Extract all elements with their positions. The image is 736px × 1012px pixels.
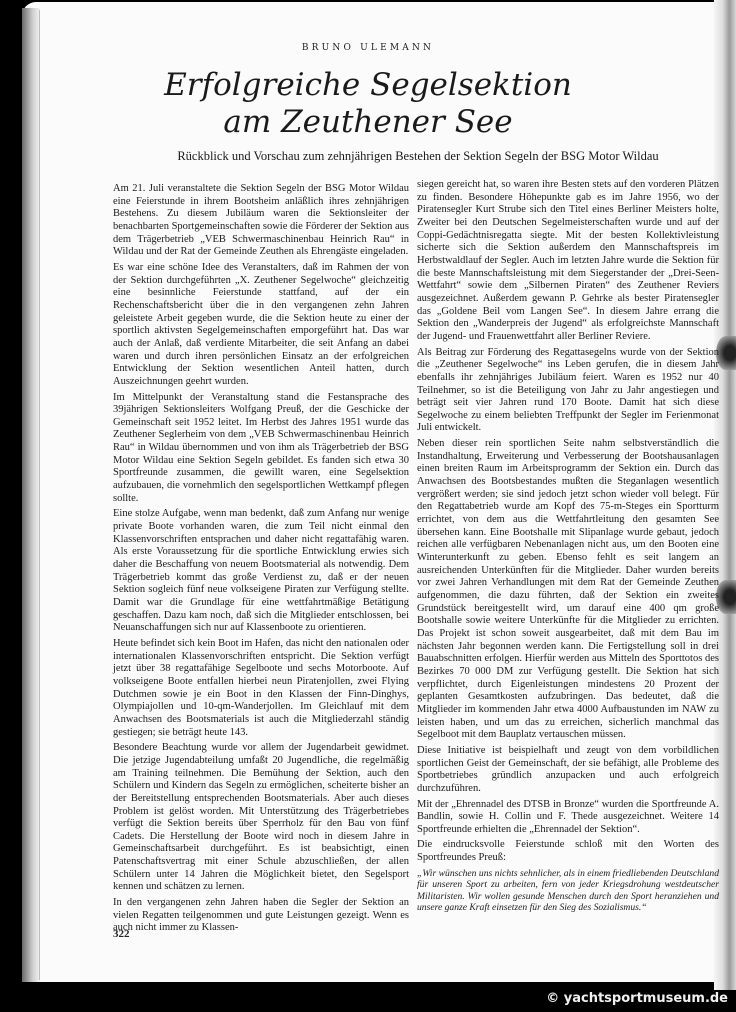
paragraph: Neben dieser rein sportlichen Seite nahm… bbox=[417, 438, 719, 742]
article-subtitle: Rückblick und Vorschau zum zehnjährigen … bbox=[108, 149, 728, 164]
punch-hole-icon bbox=[716, 580, 736, 614]
page-number: 322 bbox=[113, 928, 130, 940]
paragraph: Es war eine schöne Idee des Veranstalter… bbox=[113, 262, 409, 389]
paragraph: Mit der „Ehrennadel des DTSB in Bronze“ … bbox=[417, 799, 719, 837]
page-edge-line bbox=[39, 10, 40, 980]
author-byline: BRUNO ULEMANN bbox=[0, 43, 736, 53]
paragraph: Als Beitrag zur Förderung des Regattaseg… bbox=[417, 347, 719, 436]
paragraph: Eine stolze Aufgabe, wenn man bedenkt, d… bbox=[113, 508, 409, 635]
text-column-right: siegen gereicht hat, so waren ihre Beste… bbox=[417, 179, 719, 917]
page-stack-edge bbox=[22, 8, 40, 982]
paragraph: Heute befindet sich kein Boot im Hafen, … bbox=[113, 638, 409, 739]
article-title-line-2: am Zeuthener See bbox=[0, 104, 736, 140]
paragraph: Im Mittelpunkt der Veranstaltung stand d… bbox=[113, 392, 409, 506]
closing-quote: „Wir wünschen uns nichts sehnlicher, als… bbox=[417, 868, 719, 914]
paragraph: Besondere Beachtung wurde vor allem der … bbox=[113, 742, 409, 894]
paragraph: siegen gereicht hat, so waren ihre Beste… bbox=[417, 179, 719, 344]
paragraph: Die eindrucksvolle Feierstunde schloß mi… bbox=[417, 839, 719, 864]
paragraph: Diese Initiative ist beispielhaft und ze… bbox=[417, 745, 719, 796]
punch-hole-icon bbox=[716, 336, 736, 370]
article-title-line-1: Erfolgreiche Segelsektion bbox=[0, 67, 736, 103]
paragraph: In den vergangenen zehn Jahren haben die… bbox=[113, 897, 409, 935]
paragraph: Am 21. Juli veranstaltete die Sektion Se… bbox=[113, 183, 409, 259]
text-column-left: Am 21. Juli veranstaltete die Sektion Se… bbox=[113, 183, 409, 938]
copyright-watermark: © yachtsportmuseum.de bbox=[546, 991, 728, 1006]
